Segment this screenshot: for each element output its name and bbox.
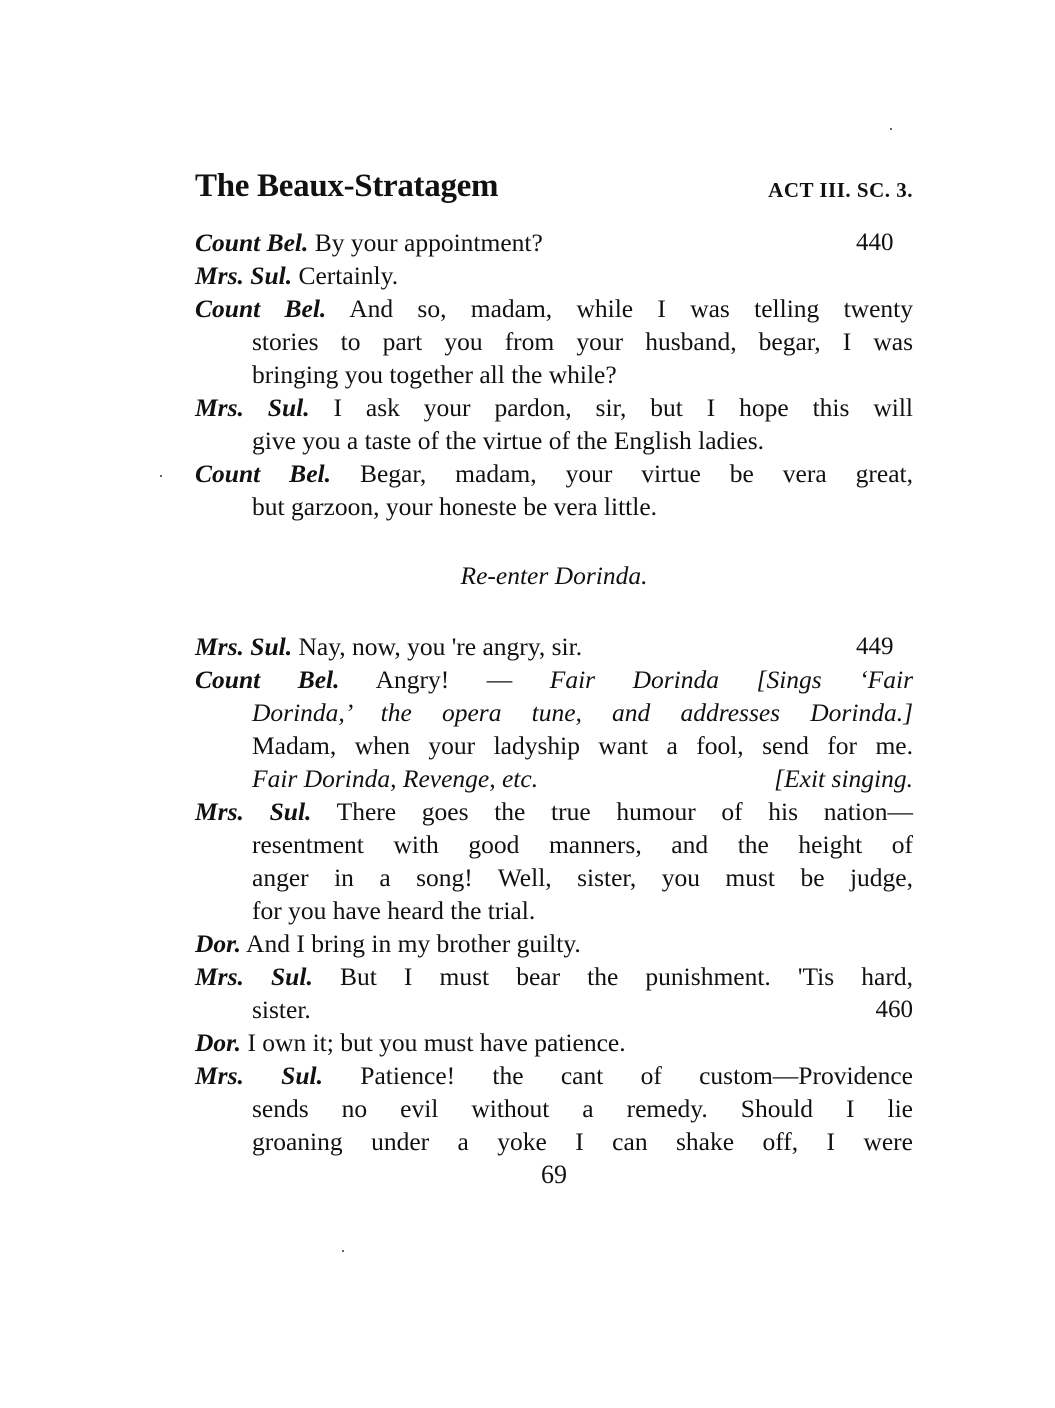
page-number: 69 (195, 1160, 913, 1190)
footer-region: 69 (195, 0, 913, 1408)
scan-speck (160, 475, 162, 477)
scan-speck (342, 1250, 344, 1252)
scan-speck (890, 128, 892, 130)
